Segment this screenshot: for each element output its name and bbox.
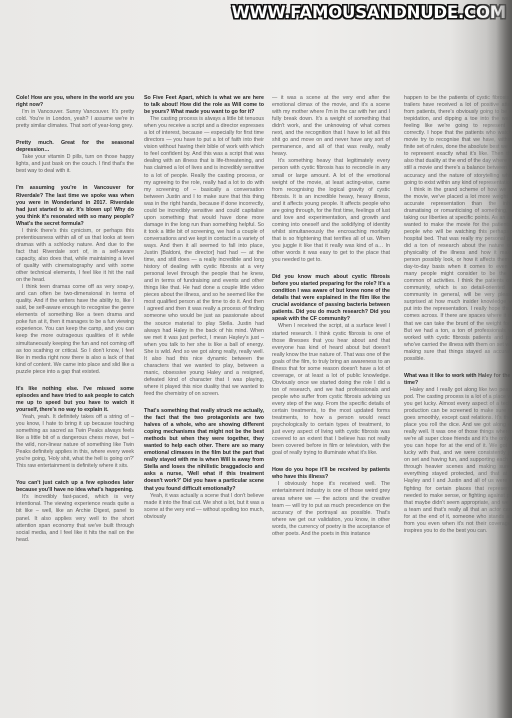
- interview-answer: happen to be the patients of cystic fibr…: [404, 95, 512, 187]
- article-column-3: — it was a scene at the very end after t…: [272, 95, 390, 538]
- article-column-1: Cole! How are you, where in the world ar…: [16, 95, 134, 544]
- interview-answer: — it was a scene at the very end after t…: [272, 95, 390, 158]
- paragraph-spacer: [16, 470, 134, 480]
- interview-answer: I think teen dramas come off as very soa…: [16, 284, 134, 376]
- interview-answer: Haley and I really got along like two pe…: [404, 387, 512, 535]
- paragraph-spacer: [144, 398, 264, 408]
- paragraph-spacer: [404, 363, 512, 373]
- paragraph-spacer: [272, 457, 390, 467]
- watermark: WWW.FAMOUSANDNUDE.COM: [232, 3, 506, 22]
- interview-answer: The casting process is always a little b…: [144, 116, 264, 398]
- interview-answer: Yeah, yeah. It definitely takes off a st…: [16, 414, 134, 470]
- interview-question: I'm assuming you're in Vancouver for Riv…: [16, 185, 134, 227]
- interview-question: That's something that really struck me a…: [144, 408, 264, 493]
- interview-answer: I think in the grand scheme of how we ma…: [404, 187, 512, 363]
- interview-answer: When I received the script, at a surface…: [272, 323, 390, 457]
- interview-question: It's like nothing else. I've missed some…: [16, 386, 134, 414]
- interview-answer: Yeah, it was actually a scene that I don…: [144, 493, 264, 521]
- article-column-4: happen to be the patients of cystic fibr…: [404, 95, 512, 535]
- interview-question: What was it like to work with Haley for …: [404, 373, 512, 387]
- interview-question: Pretty much. Great for the seasonal depr…: [16, 140, 134, 154]
- interview-question: How do you hope it'll be received by pat…: [272, 467, 390, 481]
- magazine-page: WWW.FAMOUSANDNUDE.COM Cole! How are you,…: [0, 0, 512, 718]
- interview-question: You can't just catch up a few episodes l…: [16, 480, 134, 494]
- interview-question: Cole! How are you, where in the world ar…: [16, 95, 134, 109]
- article-column-2: So Five Feet Apart, which is what we are…: [144, 95, 264, 521]
- interview-answer: Take your vitamin D pills, turn on those…: [16, 154, 134, 175]
- interview-answer: I obviously hope it's received well. The…: [272, 481, 390, 537]
- interview-question: So Five Feet Apart, which is what we are…: [144, 95, 264, 116]
- paragraph-spacer: [16, 376, 134, 386]
- interview-answer: I'm in Vancouver. Sunny Vancouver. It's …: [16, 109, 134, 130]
- paragraph-spacer: [272, 264, 390, 274]
- paragraph-spacer: [16, 130, 134, 140]
- interview-question: Did you know much about cystic fibrosis …: [272, 274, 390, 323]
- interview-answer: It's something heavy that legitimately e…: [272, 158, 390, 264]
- interview-answer: It's incredibly fast-paced, which is ver…: [16, 494, 134, 543]
- interview-answer: I think there's this cynicism, or perhap…: [16, 228, 134, 284]
- paragraph-spacer: [16, 175, 134, 185]
